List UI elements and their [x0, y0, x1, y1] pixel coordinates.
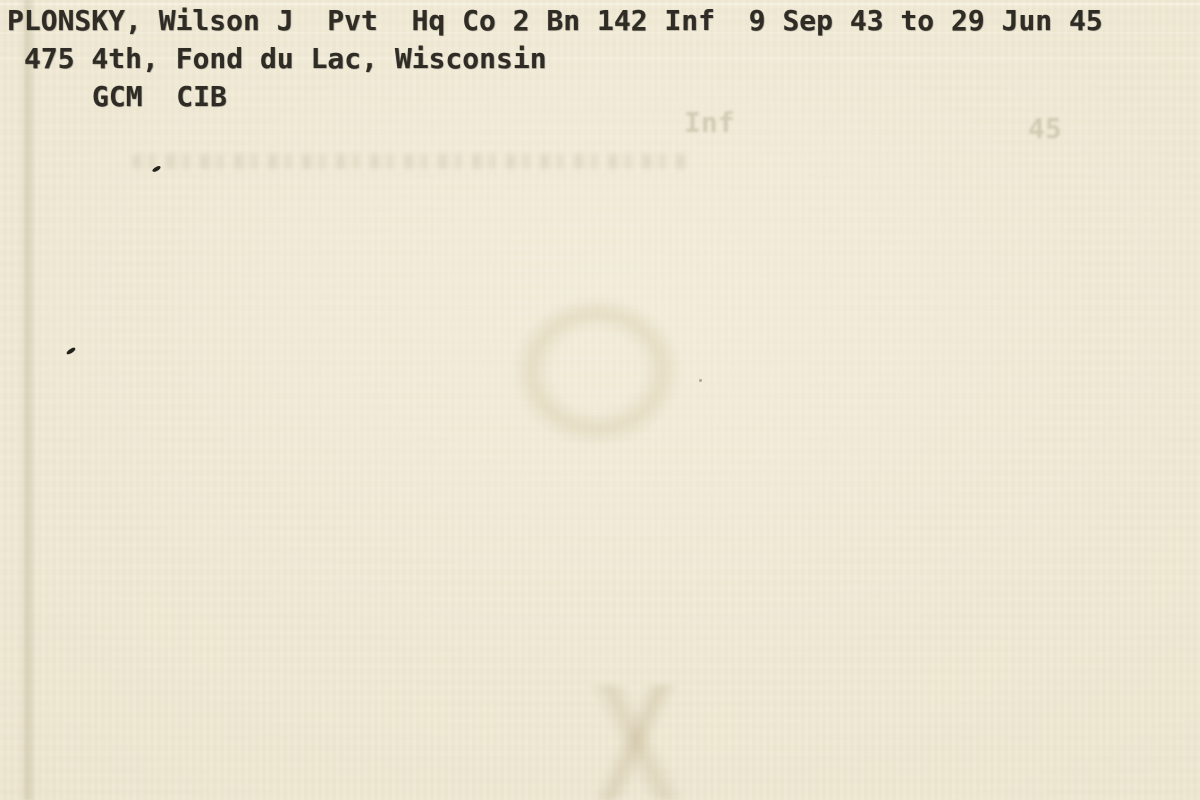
- ghost-text-fragment: Inf: [684, 106, 735, 139]
- ink-speck: [66, 347, 77, 356]
- paper-crease: [555, 685, 715, 800]
- card-address-line: 475 4th, Fond du Lac, Wisconsin: [24, 42, 547, 75]
- card-service-line: PLONSKY, Wilson J Pvt Hq Co 2 Bn 142 Inf…: [7, 4, 1103, 37]
- index-card-scan: Inf 45 PLONSKY, Wilson J Pvt Hq Co 2 Bn …: [0, 0, 1200, 800]
- water-stain: [512, 296, 682, 446]
- scan-edge-shadow: [20, 0, 36, 800]
- ghost-text-fragment: 45: [1028, 112, 1062, 145]
- paper-dot: [699, 379, 702, 382]
- ghost-illegible-line: [132, 154, 688, 169]
- card-awards-line: GCM CIB: [92, 80, 227, 113]
